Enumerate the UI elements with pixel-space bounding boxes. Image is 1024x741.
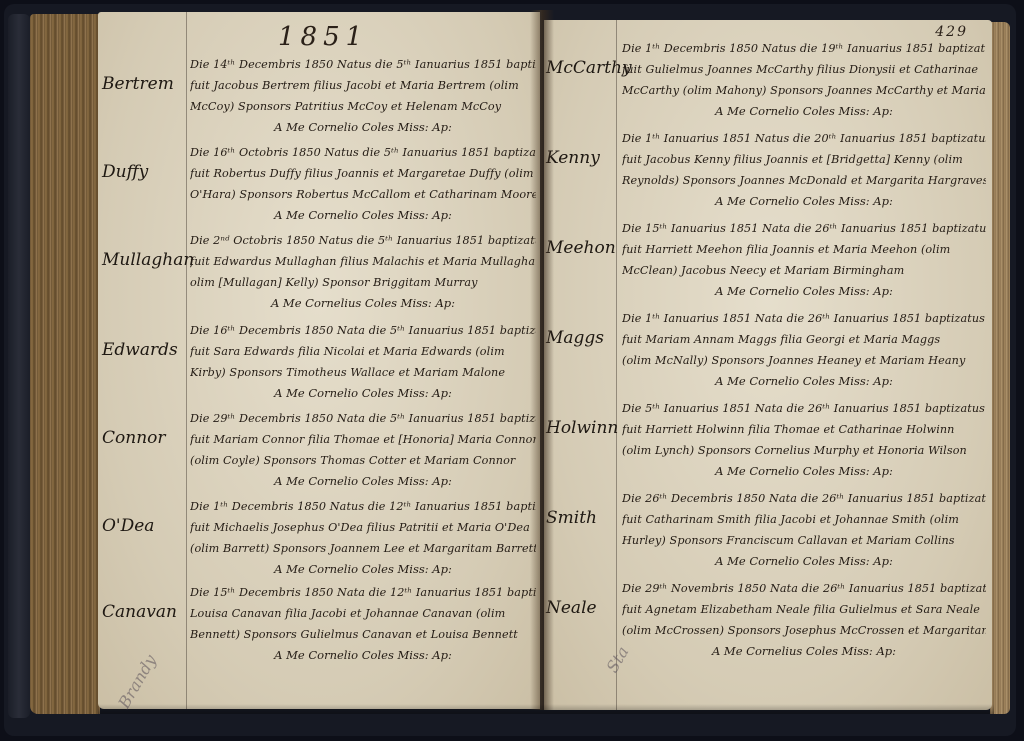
entry-line: Die 29ᵗʰ Novembris 1850 Nata die 26ᵗʰ Ia… bbox=[622, 578, 986, 599]
entry-line: Die 26ᵗʰ Decembris 1850 Nata die 26ᵗʰ Ia… bbox=[622, 488, 986, 509]
entry-line: fuit Robertus Duffy filius Joannis et Ma… bbox=[190, 163, 536, 184]
cover-edge bbox=[8, 14, 30, 718]
entry-signature: A Me Cornelio Coles Miss: Ap: bbox=[622, 281, 986, 302]
entry-surname: Duffy bbox=[102, 162, 148, 182]
entry-surname: Edwards bbox=[102, 340, 178, 360]
entry-surname: Kenny bbox=[546, 148, 600, 168]
entry-line: Die 16ᵗʰ Octobris 1850 Natus die 5ᵗʰ Ian… bbox=[190, 142, 536, 163]
entry-line: fuit Michaelis Josephus O'Dea filius Pat… bbox=[190, 517, 536, 538]
entry-surname: Meehon bbox=[546, 238, 616, 258]
book-gutter bbox=[530, 10, 554, 710]
entry-signature: A Me Cornelio Coles Miss: Ap: bbox=[190, 205, 536, 226]
left-page: 1851 Bertrem Die 14ᵗʰ Decembris 1850 Nat… bbox=[98, 12, 540, 709]
entry-line: Die 1ᵗʰ Decembris 1850 Natus die 12ᵗʰ Ia… bbox=[190, 496, 536, 517]
entry-line: fuit Agnetam Elizabetham Neale filia Gul… bbox=[622, 599, 986, 620]
entry-surname: Canavan bbox=[102, 602, 177, 622]
entry-line: Kirby) Sponsors Timotheus Wallace et Mar… bbox=[190, 362, 536, 383]
entry-line: Die 1ᵗʰ Ianuarius 1851 Natus die 20ᵗʰ Ia… bbox=[622, 128, 986, 149]
entry-surname: Holwinn bbox=[546, 418, 618, 438]
margin-rule bbox=[616, 20, 617, 710]
entry-line: Die 1ᵗʰ Decembris 1850 Natus die 19ᵗʰ Ia… bbox=[622, 38, 986, 59]
entry-signature: A Me Cornelio Coles Miss: Ap: bbox=[622, 461, 986, 482]
entry-line: Hurley) Sponsors Franciscum Callavan et … bbox=[622, 530, 986, 551]
entry-signature: A Me Cornelius Coles Miss: Ap: bbox=[190, 293, 536, 314]
entry-line: olim [Mullagan] Kelly) Sponsor Briggitam… bbox=[190, 272, 536, 293]
entry-line: Die 29ᵗʰ Decembris 1850 Nata die 5ᵗʰ Ian… bbox=[190, 408, 536, 429]
entry-line: fuit Jacobus Kenny filius Joannis et [Br… bbox=[622, 149, 986, 170]
entry-surname: Mullaghan bbox=[102, 250, 194, 270]
entry-line: Die 1ᵗʰ Ianuarius 1851 Nata die 26ᵗʰ Ian… bbox=[622, 308, 986, 329]
entry-line: fuit Mariam Connor filia Thomae et [Hono… bbox=[190, 429, 536, 450]
entry-line: Louisa Canavan filia Jacobi et Johannae … bbox=[190, 603, 536, 624]
entry-line: Die 2ⁿᵈ Octobris 1850 Natus die 5ᵗʰ Ianu… bbox=[190, 230, 536, 251]
entry-surname: McCarthy bbox=[546, 58, 632, 78]
entry-line: McClean) Jacobus Neecy et Mariam Birming… bbox=[622, 260, 986, 281]
entry-line: fuit Sara Edwards filia Nicolai et Maria… bbox=[190, 341, 536, 362]
entry-line: (olim Coyle) Sponsors Thomas Cotter et M… bbox=[190, 450, 536, 471]
entry-line: Die 16ᵗʰ Decembris 1850 Nata die 5ᵗʰ Ian… bbox=[190, 320, 536, 341]
entry-line: O'Hara) Sponsors Robertus McCallom et Ca… bbox=[190, 184, 536, 205]
entry-signature: A Me Cornelius Coles Miss: Ap: bbox=[622, 641, 986, 662]
entry-signature: A Me Cornelio Coles Miss: Ap: bbox=[622, 101, 986, 122]
entry-line: McCarthy (olim Mahony) Sponsors Joannes … bbox=[622, 80, 986, 101]
year-heading: 1851 bbox=[278, 22, 368, 52]
entry-line: (olim McNally) Sponsors Joannes Heaney e… bbox=[622, 350, 986, 371]
entry-line: fuit Edwardus Mullaghan filius Malachis … bbox=[190, 251, 536, 272]
entry-surname: Bertrem bbox=[102, 74, 174, 94]
entry-line: (olim Barrett) Sponsors Joannem Lee et M… bbox=[190, 538, 536, 559]
entry-signature: A Me Cornelio Coles Miss: Ap: bbox=[190, 471, 536, 492]
entry-signature: A Me Cornelio Coles Miss: Ap: bbox=[622, 371, 986, 392]
entry-signature: A Me Cornelio Coles Miss: Ap: bbox=[622, 191, 986, 212]
entry-surname: Connor bbox=[102, 428, 166, 448]
entry-line: Die 14ᵗʰ Decembris 1850 Natus die 5ᵗʰ Ia… bbox=[190, 54, 536, 75]
margin-rule bbox=[186, 12, 187, 709]
entry-line: Die 5ᵗʰ Ianuarius 1851 Nata die 26ᵗʰ Ian… bbox=[622, 398, 986, 419]
page-stack-right bbox=[990, 22, 1010, 714]
entry-line: fuit Gulielmus Joannes McCarthy filius D… bbox=[622, 59, 986, 80]
pencil-annotation: Brandy bbox=[114, 651, 160, 711]
entry-line: (olim Lynch) Sponsors Cornelius Murphy e… bbox=[622, 440, 986, 461]
entry-surname: O'Dea bbox=[102, 516, 154, 536]
entry-line: fuit Catharinam Smith filia Jacobi et Jo… bbox=[622, 509, 986, 530]
entry-line: Reynolds) Sponsors Joannes McDonald et M… bbox=[622, 170, 986, 191]
entry-signature: A Me Cornelio Coles Miss: Ap: bbox=[190, 117, 536, 138]
entry-signature: A Me Cornelio Coles Miss: Ap: bbox=[190, 559, 536, 580]
entry-line: fuit Harriett Holwinn filia Thomae et Ca… bbox=[622, 419, 986, 440]
entry-line: Bennett) Sponsors Gulielmus Canavan et L… bbox=[190, 624, 536, 645]
entry-signature: A Me Cornelio Coles Miss: Ap: bbox=[190, 645, 536, 666]
entry-surname: Maggs bbox=[546, 328, 604, 348]
right-page: 429 McCarthy Die 1ᵗʰ Decembris 1850 Natu… bbox=[544, 20, 992, 710]
page-bottom-shadow bbox=[98, 704, 994, 714]
entry-line: fuit Jacobus Bertrem filius Jacobi et Ma… bbox=[190, 75, 536, 96]
entry-signature: A Me Cornelio Coles Miss: Ap: bbox=[190, 383, 536, 404]
entry-signature: A Me Cornelio Coles Miss: Ap: bbox=[622, 551, 986, 572]
entry-line: McCoy) Sponsors Patritius McCoy et Helen… bbox=[190, 96, 536, 117]
entry-line: Die 15ᵗʰ Ianuarius 1851 Nata die 26ᵗʰ Ia… bbox=[622, 218, 986, 239]
page-stack-left bbox=[30, 14, 100, 714]
entry-line: fuit Harriett Meehon filia Joannis et Ma… bbox=[622, 239, 986, 260]
entry-line: Die 15ᵗʰ Decembris 1850 Nata die 12ᵗʰ Ia… bbox=[190, 582, 536, 603]
entry-line: fuit Mariam Annam Maggs filia Georgi et … bbox=[622, 329, 986, 350]
entry-line: (olim McCrossen) Sponsors Josephus McCro… bbox=[622, 620, 986, 641]
